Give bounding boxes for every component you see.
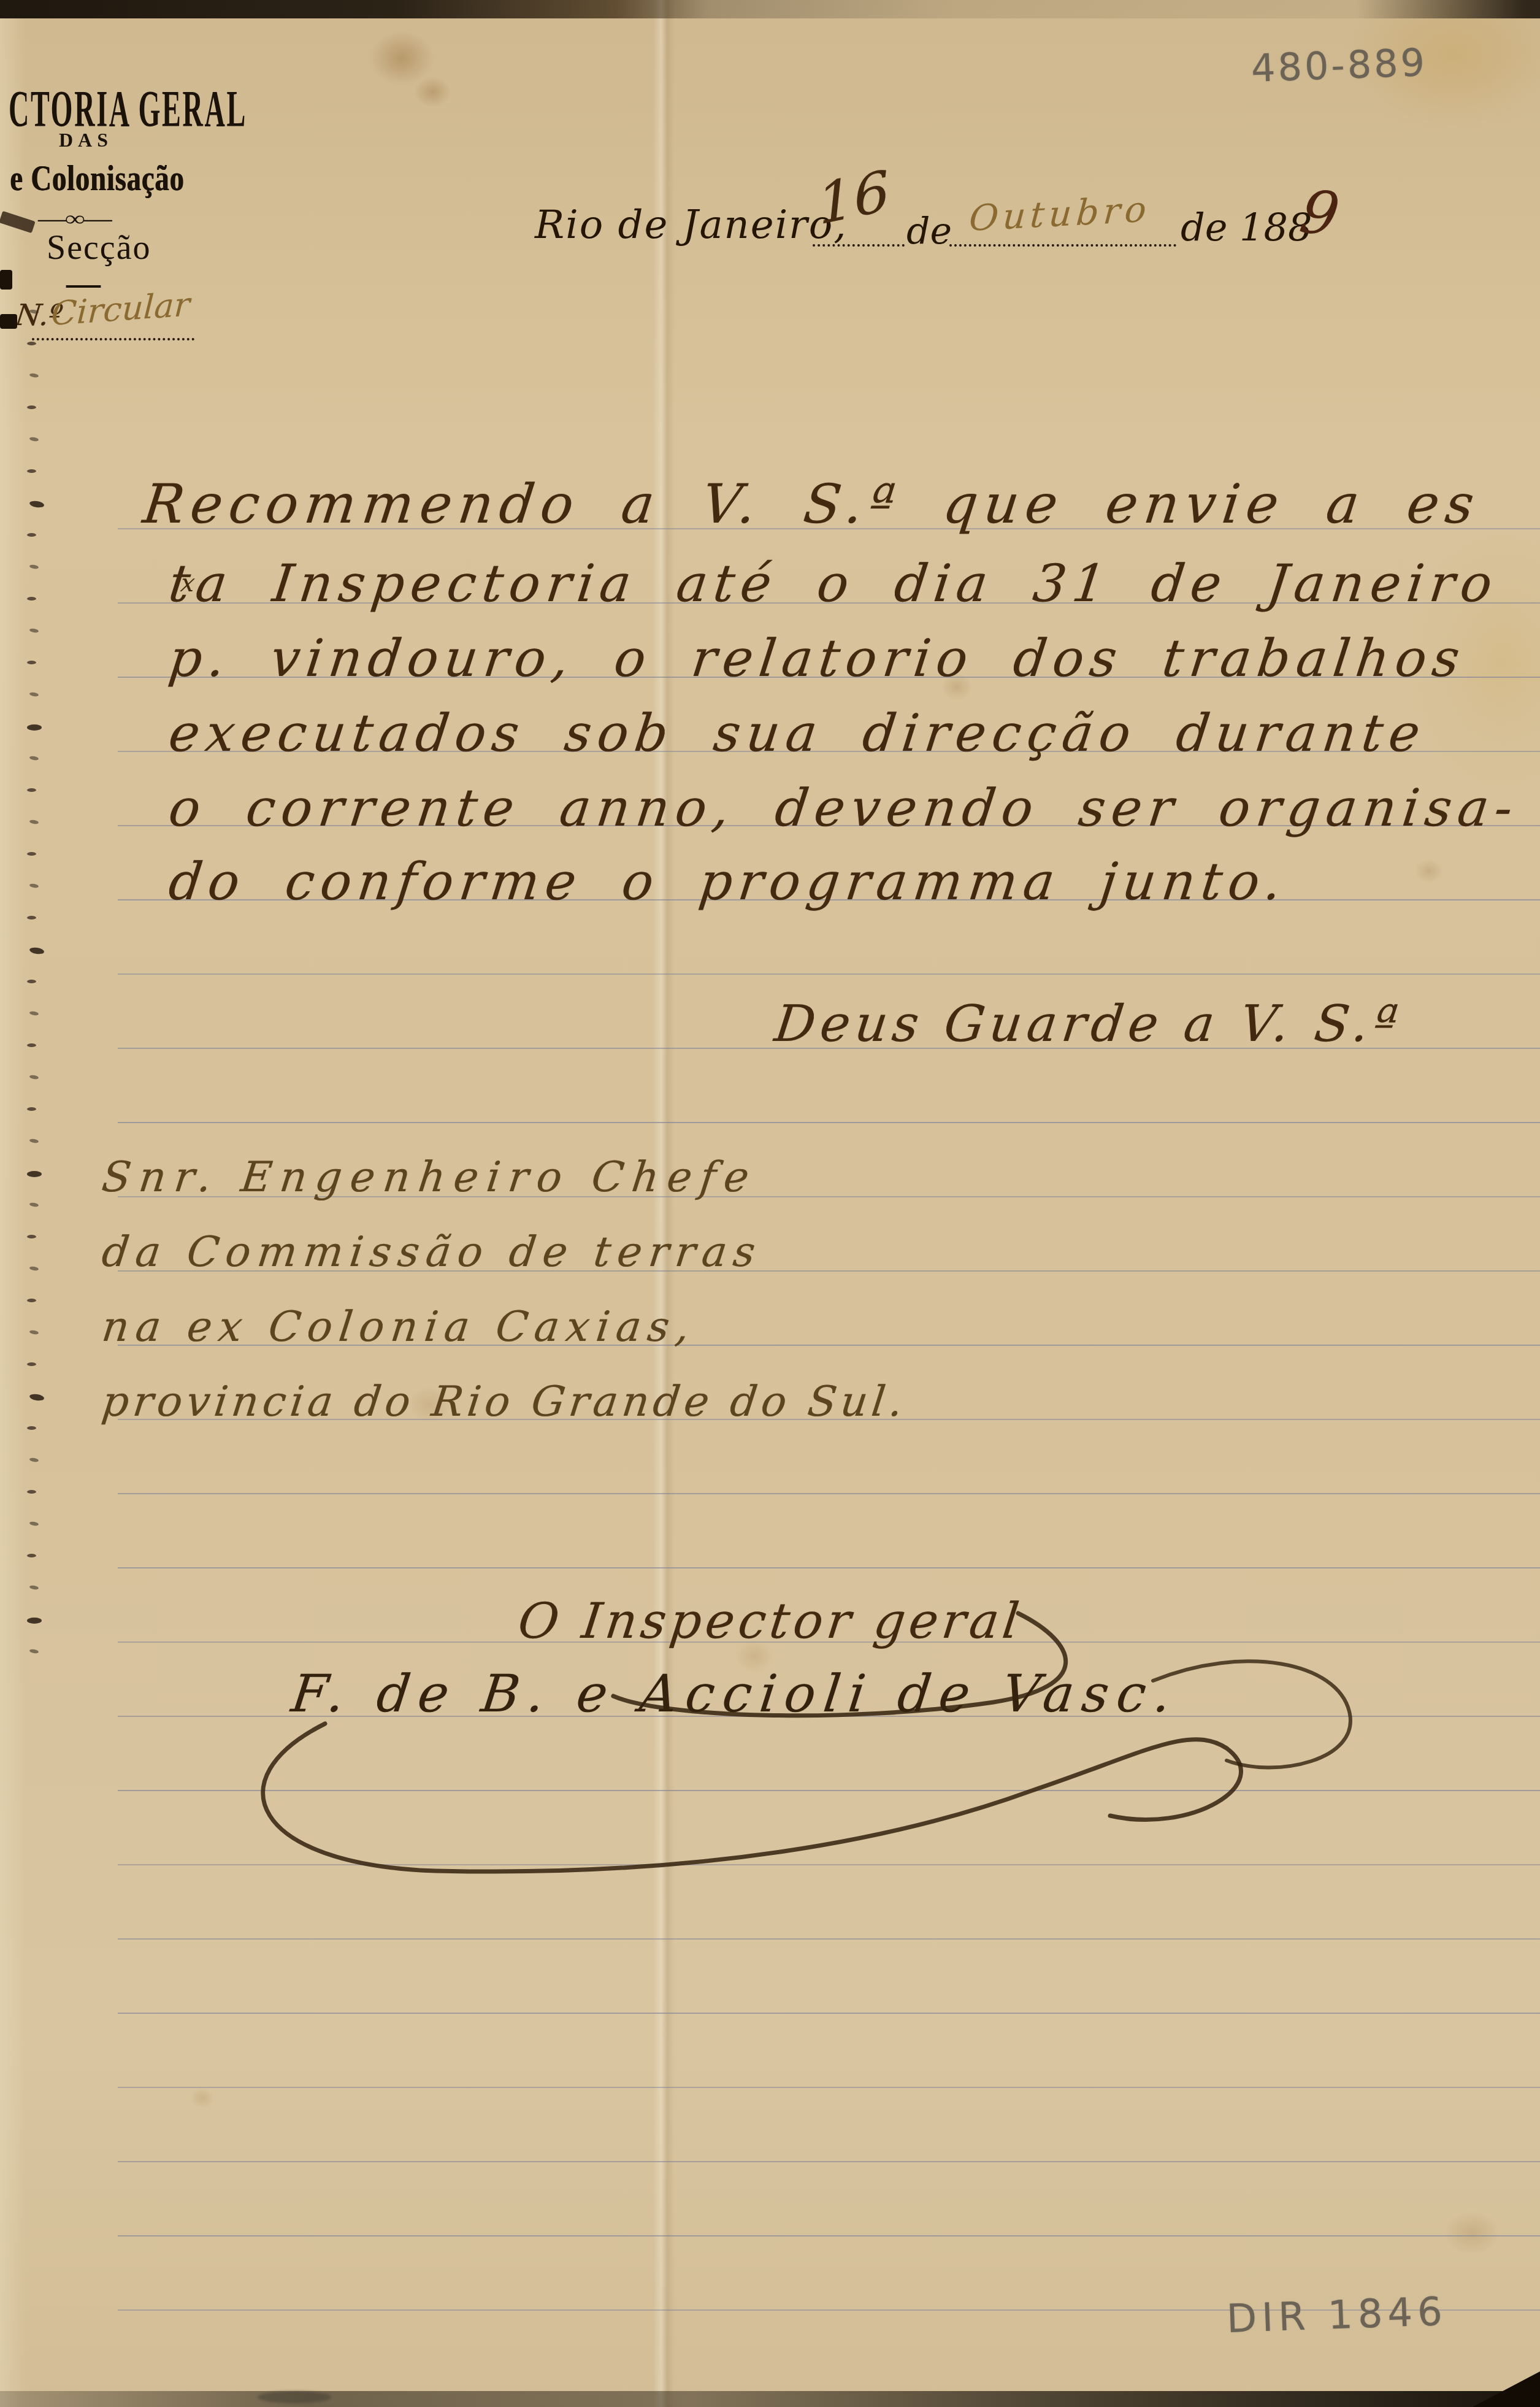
addressee-line: provincia do Rio Grande do Sul. bbox=[99, 1378, 910, 1426]
stitch-hole bbox=[27, 1235, 36, 1238]
dateline-month: Outubro bbox=[968, 188, 1152, 239]
stitch-hole bbox=[27, 788, 36, 792]
pencil-reference-number: 480-889 bbox=[1251, 40, 1428, 91]
ruled-line bbox=[118, 1493, 1540, 1494]
body-line: o corrente anno, devendo ser organisa- bbox=[166, 778, 1522, 838]
pencil-archive-number: DIR 1846 bbox=[1226, 2289, 1448, 2343]
ruled-line bbox=[118, 1122, 1540, 1123]
stitch-hole bbox=[27, 1554, 36, 1557]
stitch-hole bbox=[27, 1107, 36, 1111]
addressee-line: Snr. Engenheiro Chefe bbox=[99, 1153, 760, 1202]
valediction: Deus Guarde a V. S.ª bbox=[772, 995, 1406, 1053]
letterhead-title: CTORIA GERAL bbox=[9, 80, 247, 140]
stitch-hole bbox=[27, 980, 36, 983]
stitch-hole bbox=[29, 820, 39, 824]
stitch-hole bbox=[27, 597, 36, 601]
ruled-line bbox=[118, 2087, 1540, 2088]
scanned-letter-page: CTORIA GERAL DAS e Colonisação —∞— Secçã… bbox=[0, 0, 1540, 2407]
dateline-year-digit: 9 bbox=[1295, 177, 1344, 250]
stitch-hole bbox=[29, 1649, 39, 1654]
ruled-line bbox=[118, 1938, 1540, 1940]
addressee-line: da Commissão de terras bbox=[99, 1228, 765, 1276]
page-corner-fold bbox=[1473, 2371, 1540, 2407]
scan-edge-top bbox=[0, 0, 1540, 18]
stitch-hole bbox=[29, 628, 39, 633]
stitch-hole bbox=[29, 946, 44, 955]
stamp-fragment bbox=[0, 314, 17, 329]
stitch-hole bbox=[29, 692, 39, 697]
stitch-hole bbox=[27, 533, 36, 537]
paper-blemish bbox=[0, 211, 36, 233]
stitch-hole bbox=[27, 1043, 36, 1047]
ruled-line bbox=[118, 2235, 1540, 2236]
stitch-hole bbox=[29, 1266, 39, 1271]
stamp-fragment bbox=[0, 270, 12, 290]
body-line: p. vindouro, o relatorio dos trabalhos bbox=[166, 628, 1469, 688]
stitch-hole bbox=[27, 1618, 42, 1624]
body-line: ta Inspectoria até o dia 31 de Janeiro bbox=[166, 553, 1501, 613]
dateline-month-dots bbox=[949, 244, 1176, 247]
ruled-line bbox=[118, 1567, 1540, 1568]
letterhead-ornament: —∞— bbox=[38, 207, 111, 231]
stitch-hole bbox=[29, 1075, 39, 1080]
letterhead-seccao: Secção bbox=[47, 228, 151, 267]
body-line: executados sob sua direcção durante bbox=[166, 703, 1430, 763]
stitch-hole bbox=[29, 883, 39, 888]
addressee-line: na ex Colonia Caxias, bbox=[99, 1303, 699, 1351]
letterhead-das: DAS bbox=[59, 129, 113, 152]
ruled-line bbox=[118, 2013, 1540, 2014]
stitch-hole bbox=[27, 469, 36, 473]
dateline-day-dots bbox=[813, 244, 905, 247]
stitch-hole bbox=[27, 1299, 36, 1302]
stitch-hole bbox=[29, 1521, 39, 1526]
stitch-hole bbox=[27, 342, 36, 345]
stitch-hole bbox=[27, 724, 42, 731]
numero-dotted-line bbox=[32, 338, 194, 340]
stitch-hole bbox=[27, 661, 36, 664]
stitch-hole bbox=[29, 1011, 39, 1016]
stitch-hole bbox=[27, 1426, 36, 1430]
dateline-day: 16 bbox=[815, 158, 893, 237]
stitch-hole bbox=[27, 1362, 36, 1366]
stitch-hole bbox=[29, 437, 39, 442]
body-line: do conforme o programma junto. bbox=[166, 851, 1291, 912]
dateline-de188: de 188 bbox=[1181, 205, 1312, 250]
stitch-hole bbox=[29, 1330, 39, 1335]
stitch-hole bbox=[27, 1490, 36, 1494]
stitch-hole bbox=[29, 1585, 39, 1590]
stitch-hole bbox=[29, 1202, 39, 1207]
stitch-hole bbox=[29, 1138, 39, 1143]
ruled-line bbox=[118, 2161, 1540, 2162]
letterhead-colonisacao: e Colonisação bbox=[10, 157, 184, 199]
stitch-hole bbox=[29, 564, 39, 569]
stitch-hole bbox=[29, 1393, 44, 1402]
dateline-de: de bbox=[906, 210, 952, 253]
signature-flourish bbox=[233, 1570, 1460, 1914]
stitch-hole bbox=[27, 1171, 42, 1177]
scan-smudge bbox=[258, 2391, 331, 2403]
body-line: Recommendo a V. S.ª que envie a es bbox=[140, 472, 1484, 536]
ruled-line bbox=[118, 973, 1540, 975]
stitch-hole bbox=[27, 916, 36, 919]
scan-edge-bottom bbox=[0, 2391, 1540, 2407]
stitch-hole bbox=[29, 756, 39, 761]
stitch-hole bbox=[29, 1457, 39, 1462]
stitch-hole bbox=[27, 405, 36, 409]
stitch-hole bbox=[27, 852, 36, 856]
stitch-hole bbox=[29, 373, 39, 378]
dateline-place: Rio de Janeiro, bbox=[535, 202, 848, 248]
stitch-hole bbox=[29, 500, 44, 509]
